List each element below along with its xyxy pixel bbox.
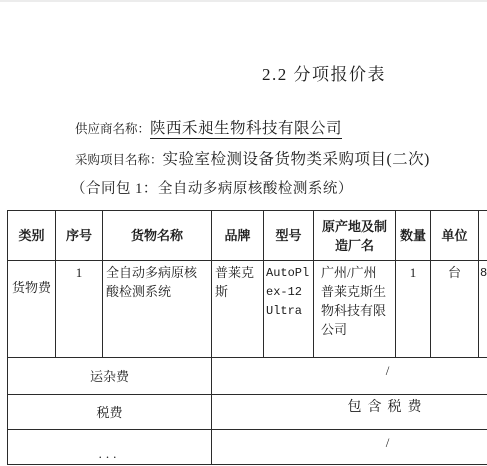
freight-label: 运杂费	[8, 358, 212, 395]
col-header-unit: 单位	[431, 211, 479, 261]
col-header-goods-name: 货物名称	[103, 211, 212, 261]
cell-quantity: 1	[396, 261, 431, 358]
quotation-table: 类别 序号 货物名称 品牌 型号 原产地及制造厂名 数量 单位 货物费 1 全自…	[7, 210, 487, 465]
project-name: 实验室检测设备货物类采购项目(二次)	[163, 151, 430, 168]
col-header-category: 类别	[8, 211, 56, 261]
cell-brand: 普莱克斯	[212, 261, 264, 358]
col-header-model: 型号	[264, 211, 314, 261]
cell-price-clipped: 8	[479, 261, 487, 358]
cell-origin-manufacturer: 广州/广州普莱克斯生物科技有限公司	[314, 261, 396, 358]
project-label: 采购项目名称：	[75, 153, 163, 167]
ellipsis-row: ... /	[8, 430, 487, 465]
project-line: 采购项目名称：实验室检测设备货物类采购项目(二次)	[75, 147, 430, 169]
ellipsis-label: ...	[8, 430, 212, 465]
col-header-quantity: 数量	[396, 211, 431, 261]
supplier-label: 供应商名称：	[75, 122, 150, 136]
cell-model: AutoPlex-12 Ultra	[264, 261, 314, 358]
header-row: 类别 序号 货物名称 品牌 型号 原产地及制造厂名 数量 单位	[8, 211, 487, 261]
cell-goods-name: 全自动多病原核酸检测系统	[103, 261, 212, 358]
ellipsis-value: /	[212, 430, 487, 465]
freight-value: /	[212, 358, 487, 395]
goods-data-row: 货物费 1 全自动多病原核酸检测系统 普莱克斯 AutoPlex-12 Ultr…	[8, 261, 487, 358]
contract-package-line: （合同包 1：全自动多病原核酸检测系统）	[71, 177, 353, 198]
tax-row: 税费 包含税费	[8, 395, 487, 430]
col-header-origin-manufacturer: 原产地及制造厂名	[314, 211, 396, 261]
col-header-clipped	[479, 211, 487, 261]
tax-label: 税费	[8, 395, 212, 430]
supplier-name: 陕西禾昶生物科技有限公司	[150, 120, 342, 139]
cell-category: 货物费	[8, 261, 56, 358]
page-title: 2.2 分项报价表	[262, 60, 386, 85]
cell-unit: 台	[431, 261, 479, 358]
col-header-brand: 品牌	[212, 211, 264, 261]
tax-value: 包含税费	[212, 395, 487, 430]
col-header-seq: 序号	[56, 211, 103, 261]
supplier-line: 供应商名称：陕西禾昶生物科技有限公司	[75, 116, 342, 138]
cell-seq: 1	[56, 261, 103, 358]
freight-row: 运杂费 /	[8, 358, 487, 395]
document-page: 2.2 分项报价表 供应商名称：陕西禾昶生物科技有限公司 采购项目名称：实验室检…	[0, 0, 487, 466]
